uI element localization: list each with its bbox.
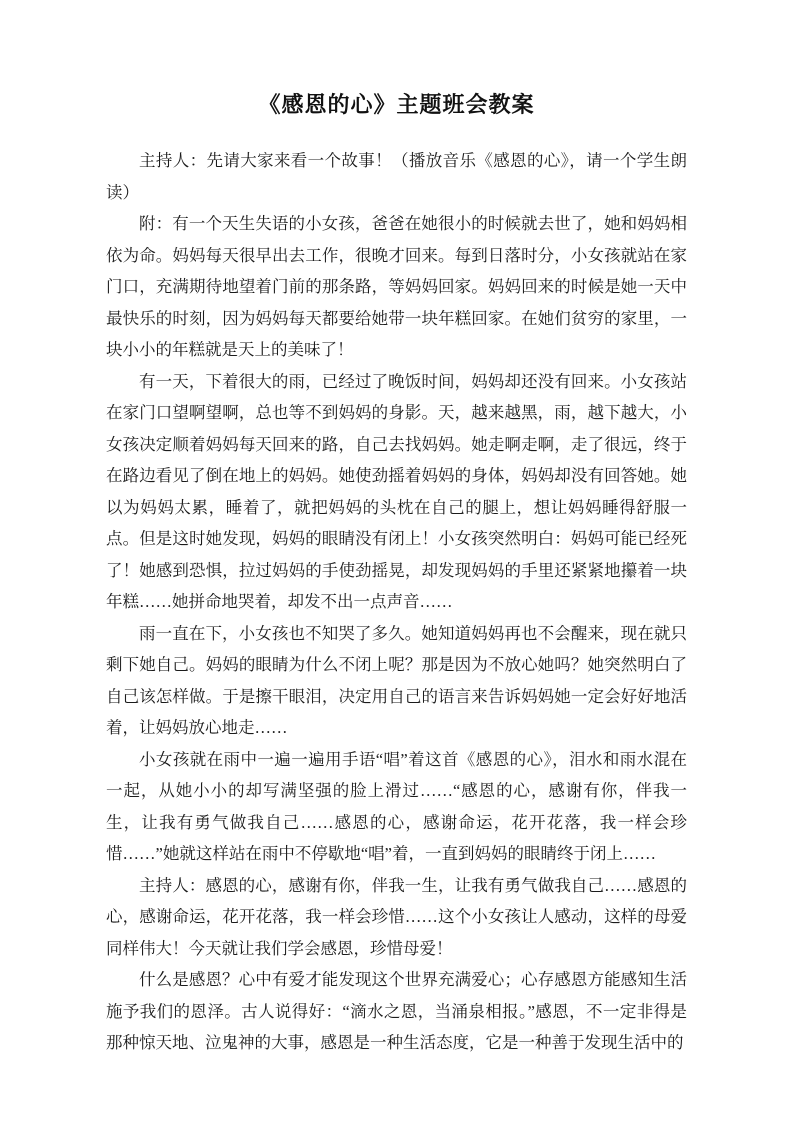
- document-page: 《感恩的心》主题班会教案 主持人：先请大家来看一个故事！（播放音乐《感恩的心》，…: [0, 0, 793, 1122]
- paragraph-host-intro: 主持人：先请大家来看一个故事！（播放音乐《感恩的心》，请一个学生朗读）: [106, 145, 687, 208]
- paragraph-story-2: 有一天，下着很大的雨，已经过了晚饭时间，妈妈却还没有回来。小女孩站在家门口望啊望…: [106, 366, 687, 618]
- document-title: 《感恩的心》主题班会教案: [106, 90, 687, 120]
- document-body: 主持人：先请大家来看一个故事！（播放音乐《感恩的心》，请一个学生朗读） 附：有一…: [106, 145, 687, 1059]
- paragraph-story-3: 雨一直在下，小女孩也不知哭了多久。她知道妈妈再也不会醒来，现在就只剩下她自己。妈…: [106, 618, 687, 744]
- paragraph-story-4: 小女孩就在雨中一遍一遍用手语“唱”着这首《感恩的心》，泪水和雨水混在一起，从她小…: [106, 744, 687, 870]
- paragraph-what-is-gratitude: 什么是感恩？心中有爱才能发现这个世界充满爱心；心存感恩方能感知生活施予我们的恩泽…: [106, 964, 687, 1059]
- paragraph-story-1: 附：有一个天生失语的小女孩，爸爸在她很小的时候就去世了，她和妈妈相依为命。妈妈每…: [106, 208, 687, 366]
- paragraph-host-comment: 主持人：感恩的心，感谢有你，伴我一生，让我有勇气做我自己……感恩的心，感谢命运，…: [106, 870, 687, 965]
